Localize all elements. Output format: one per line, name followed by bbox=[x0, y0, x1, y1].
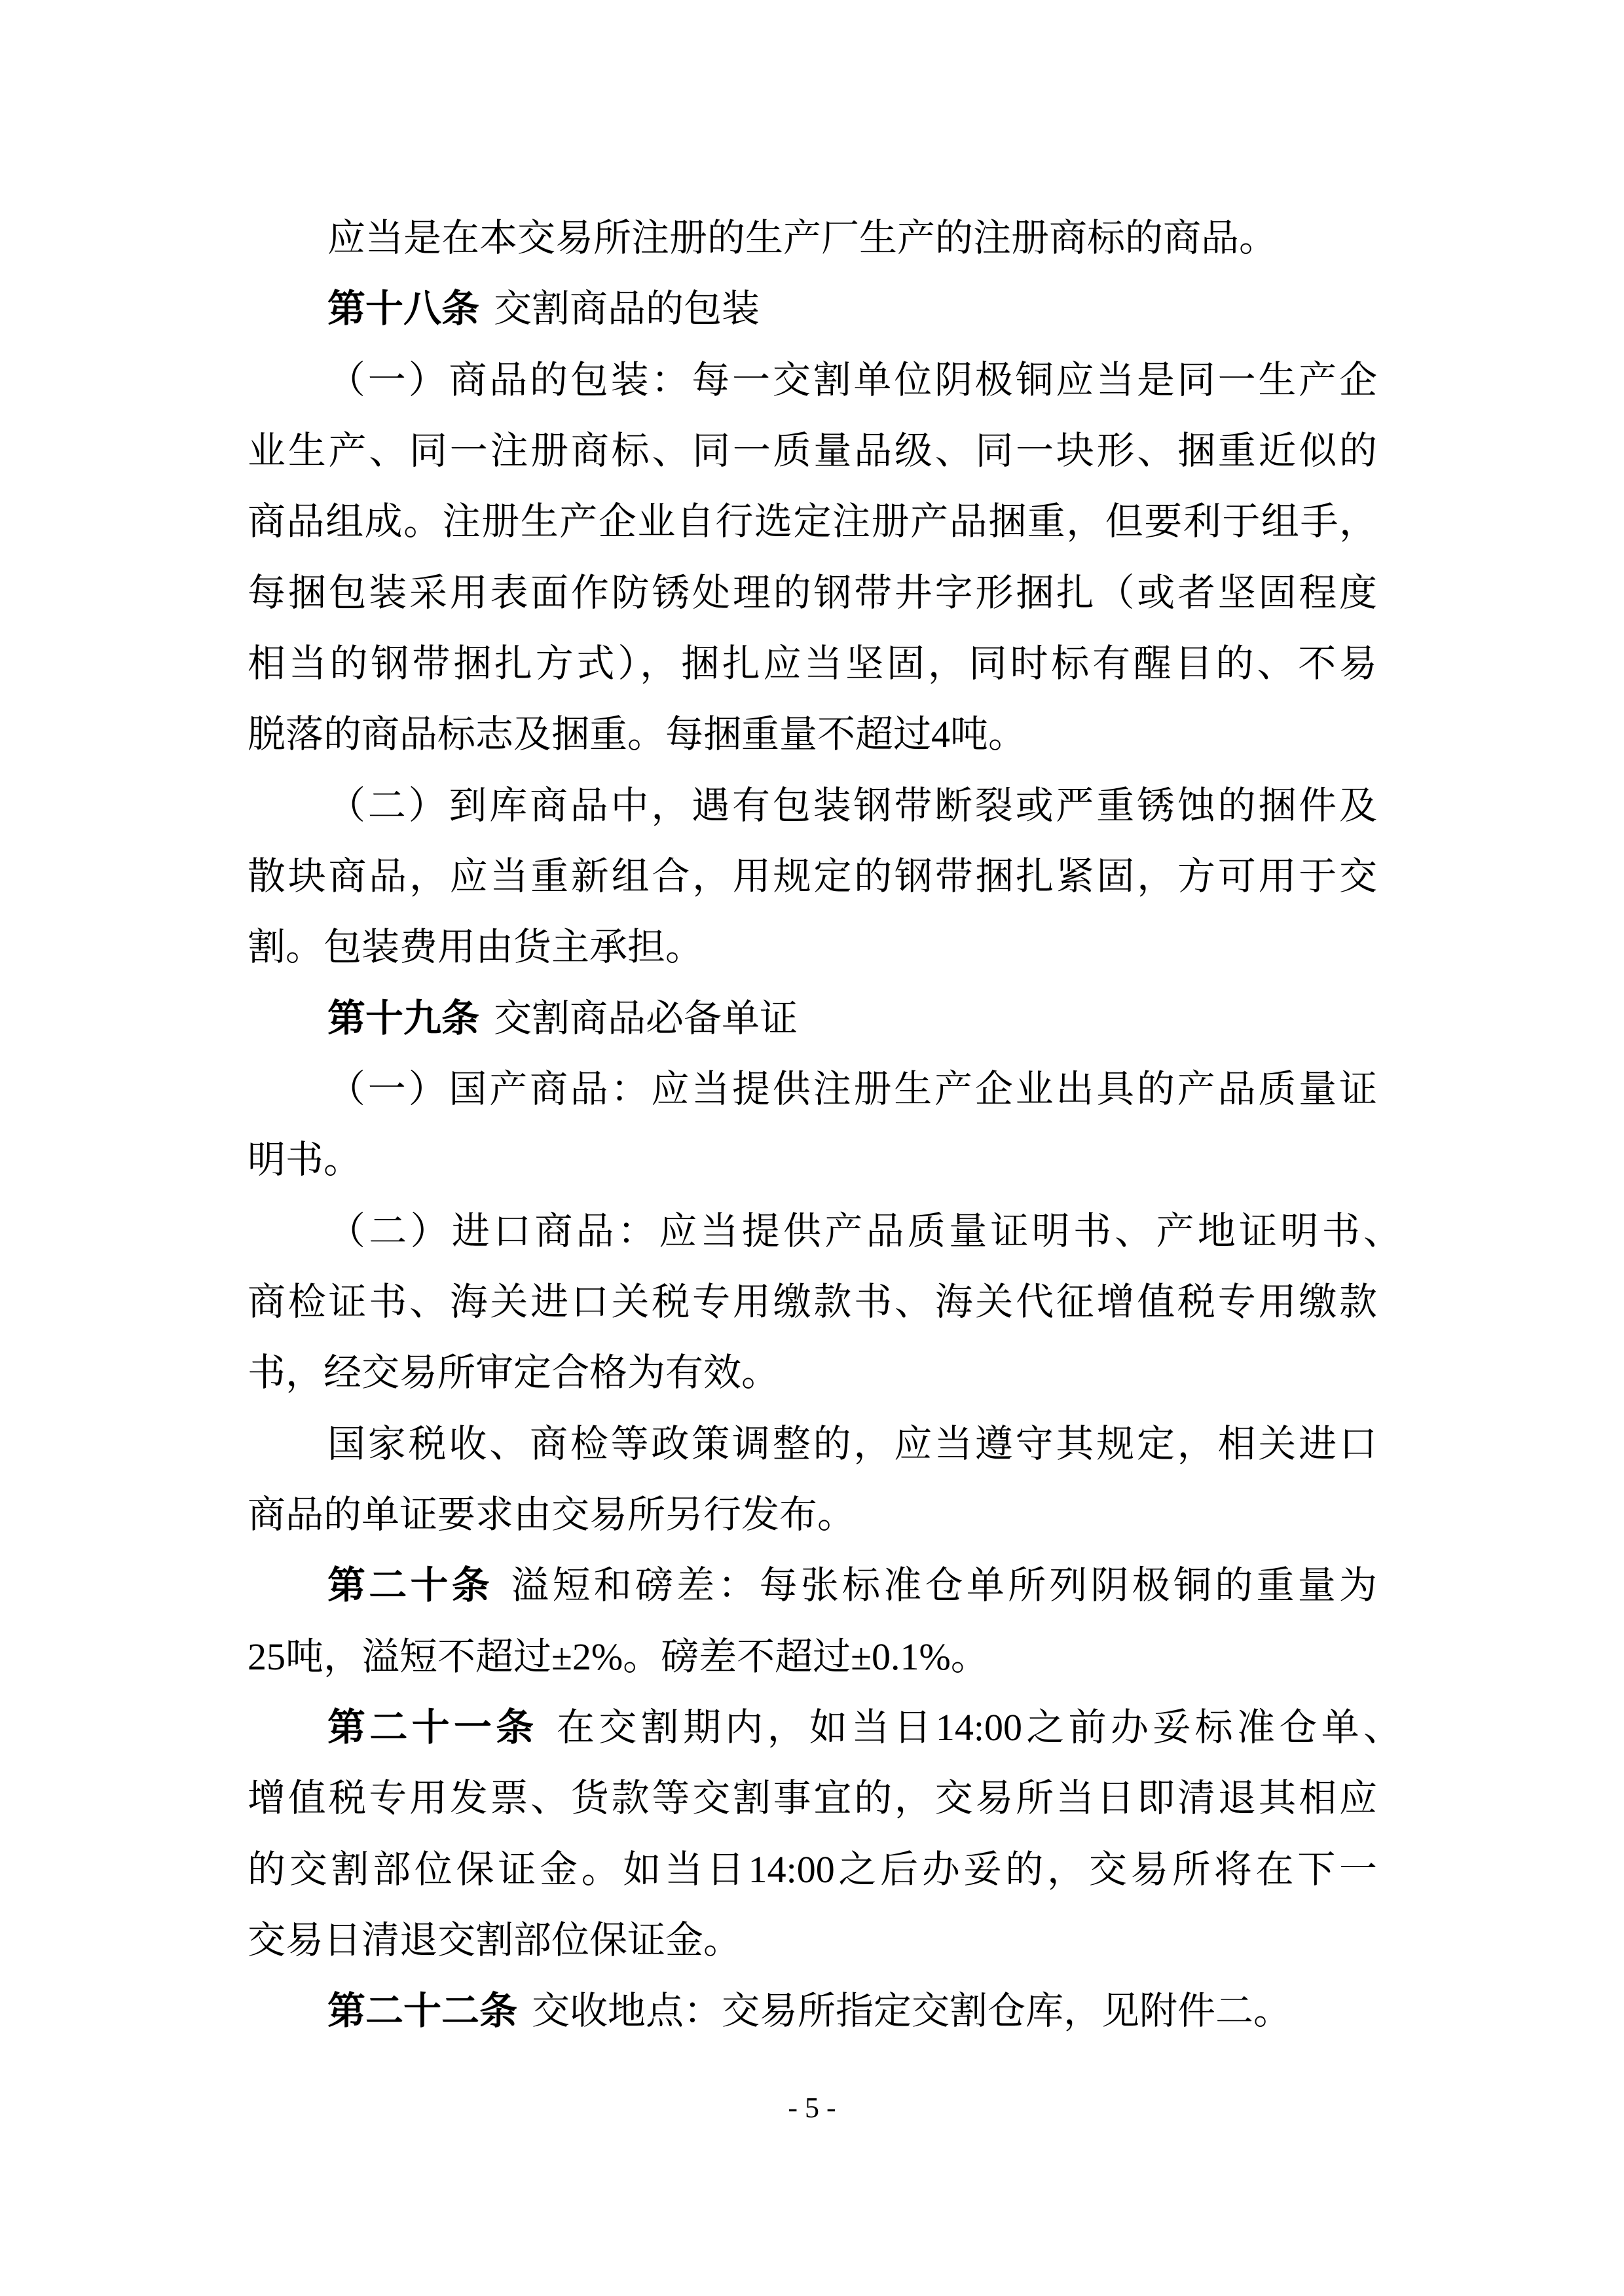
line-text: 商品的单证要求由交易所另行发布。 bbox=[248, 1493, 855, 1536]
article-number: 第二十一条 bbox=[327, 1706, 538, 1749]
article-number: 第十八条 bbox=[327, 287, 479, 330]
line-text: 国家税收、商检等政策调整的，应当遵守其规定，相关进口 bbox=[327, 1423, 1377, 1465]
paragraph-line: （二）进口商品：应当提供产品质量证明书、产地证明书、 bbox=[327, 1211, 1401, 1252]
line-text: 溢短和磅差：每张标准仓单所列阴极铜的重量为 bbox=[507, 1564, 1377, 1607]
article-18-heading: 第十八条交割商品的包装 bbox=[327, 288, 760, 330]
line-text: 商品组成。注册生产企业自行选定注册产品捆重，但要利于组手， bbox=[248, 500, 1377, 543]
article-number: 第十九条 bbox=[327, 997, 479, 1040]
paragraph-line: 业生产、同一注册商标、同一质量品级、同一块形、捆重近似的 bbox=[248, 430, 1377, 472]
paragraph-line: 25吨，溢短不超过±2%。磅差不超过±0.1%。 bbox=[248, 1636, 989, 1678]
line-text: 增值税专用发票、货款等交割事宜的，交易所当日即清退其相应 bbox=[248, 1777, 1377, 1819]
line-text: 交收地点：交易所指定交割仓库，见附件二。 bbox=[532, 1990, 1291, 2032]
article-21-line: 第二十一条在交割期内，如当日14:00之前办妥标准仓单、 bbox=[327, 1707, 1401, 1749]
article-number: 第二十二条 bbox=[327, 1990, 517, 2032]
paragraph-line: 交易日清退交割部位保证金。 bbox=[248, 1920, 741, 1961]
line-text: 书，经交易所审定合格为有效。 bbox=[248, 1351, 779, 1394]
article-title: 交割商品的包装 bbox=[494, 287, 760, 330]
document-page: 应当是在本交易所注册的生产厂生产的注册商标的商品。 第十八条交割商品的包装 （一… bbox=[0, 0, 1624, 2296]
paragraph-line: 应当是在本交易所注册的生产厂生产的注册商标的商品。 bbox=[327, 217, 1277, 259]
paragraph-line: 书，经交易所审定合格为有效。 bbox=[248, 1352, 779, 1394]
paragraph-line: 商品的单证要求由交易所另行发布。 bbox=[248, 1494, 855, 1536]
line-text: 相当的钢带捆扎方式），捆扎应当坚固，同时标有醒目的、不易 bbox=[248, 642, 1377, 685]
paragraph-line: 每捆包装采用表面作防锈处理的钢带井字形捆扎（或者坚固程度 bbox=[248, 572, 1377, 614]
line-text: （一）商品的包装：每一交割单位阴极铜应当是同一生产企 bbox=[327, 359, 1377, 401]
paragraph-line: 散块商品，应当重新组合，用规定的钢带捆扎紧固，方可用于交 bbox=[248, 856, 1377, 898]
paragraph-line: （二）到库商品中，遇有包装钢带断裂或严重锈蚀的捆件及 bbox=[327, 785, 1377, 827]
line-text: 割。包装费用由货主承担。 bbox=[248, 926, 703, 968]
article-19-heading: 第十九条交割商品必备单证 bbox=[327, 998, 798, 1040]
line-text: 交易日清退交割部位保证金。 bbox=[248, 1919, 741, 1961]
article-22-line: 第二十二条交收地点：交易所指定交割仓库，见附件二。 bbox=[327, 1990, 1291, 2032]
article-title: 交割商品必备单证 bbox=[494, 997, 798, 1040]
line-text: （一）国产商品：应当提供注册生产企业出具的产品质量证 bbox=[327, 1068, 1377, 1110]
line-text: 业生产、同一注册商标、同一质量品级、同一块形、捆重近似的 bbox=[248, 429, 1377, 472]
paragraph-line: （一）商品的包装：每一交割单位阴极铜应当是同一生产企 bbox=[327, 359, 1377, 401]
page-number: - 5 - bbox=[0, 2092, 1624, 2124]
line-text: 散块商品，应当重新组合，用规定的钢带捆扎紧固，方可用于交 bbox=[248, 855, 1377, 898]
article-20-line: 第二十条溢短和磅差：每张标准仓单所列阴极铜的重量为 bbox=[327, 1565, 1377, 1607]
paragraph-line: 明书。 bbox=[248, 1139, 361, 1181]
paragraph-line: 脱落的商品标志及捆重。每捆重量不超过4吨。 bbox=[248, 714, 1026, 756]
line-text: 25吨，溢短不超过±2%。磅差不超过±0.1%。 bbox=[248, 1635, 989, 1678]
article-number: 第二十条 bbox=[327, 1564, 493, 1607]
line-text: 每捆包装采用表面作防锈处理的钢带井字形捆扎（或者坚固程度 bbox=[248, 572, 1377, 614]
line-text: 商检证书、海关进口关税专用缴款书、海关代征增值税专用缴款 bbox=[248, 1281, 1377, 1323]
paragraph-line: 割。包装费用由货主承担。 bbox=[248, 926, 703, 968]
paragraph-line: （一）国产商品：应当提供注册生产企业出具的产品质量证 bbox=[327, 1068, 1377, 1110]
line-text: 在交割期内，如当日14:00之前办妥标准仓单、 bbox=[553, 1706, 1401, 1749]
line-text: 明书。 bbox=[248, 1139, 361, 1181]
paragraph-line: 国家税收、商检等政策调整的，应当遵守其规定，相关进口 bbox=[327, 1423, 1377, 1465]
paragraph-line: 相当的钢带捆扎方式），捆扎应当坚固，同时标有醒目的、不易 bbox=[248, 643, 1377, 685]
paragraph-line: 商检证书、海关进口关税专用缴款书、海关代征增值税专用缴款 bbox=[248, 1281, 1377, 1323]
paragraph-line: 的交割部位保证金。如当日14:00之后办妥的，交易所将在下一 bbox=[248, 1849, 1377, 1891]
line-text: 的交割部位保证金。如当日14:00之后办妥的，交易所将在下一 bbox=[248, 1848, 1377, 1891]
paragraph-line: 商品组成。注册生产企业自行选定注册产品捆重，但要利于组手， bbox=[248, 501, 1377, 543]
line-text: （二）进口商品：应当提供产品质量证明书、产地证明书、 bbox=[327, 1210, 1401, 1252]
paragraph-line: 增值税专用发票、货款等交割事宜的，交易所当日即清退其相应 bbox=[248, 1777, 1377, 1819]
line-text: 应当是在本交易所注册的生产厂生产的注册商标的商品。 bbox=[327, 217, 1277, 259]
line-text: 脱落的商品标志及捆重。每捆重量不超过4吨。 bbox=[248, 713, 1026, 756]
line-text: （二）到库商品中，遇有包装钢带断裂或严重锈蚀的捆件及 bbox=[327, 784, 1377, 827]
